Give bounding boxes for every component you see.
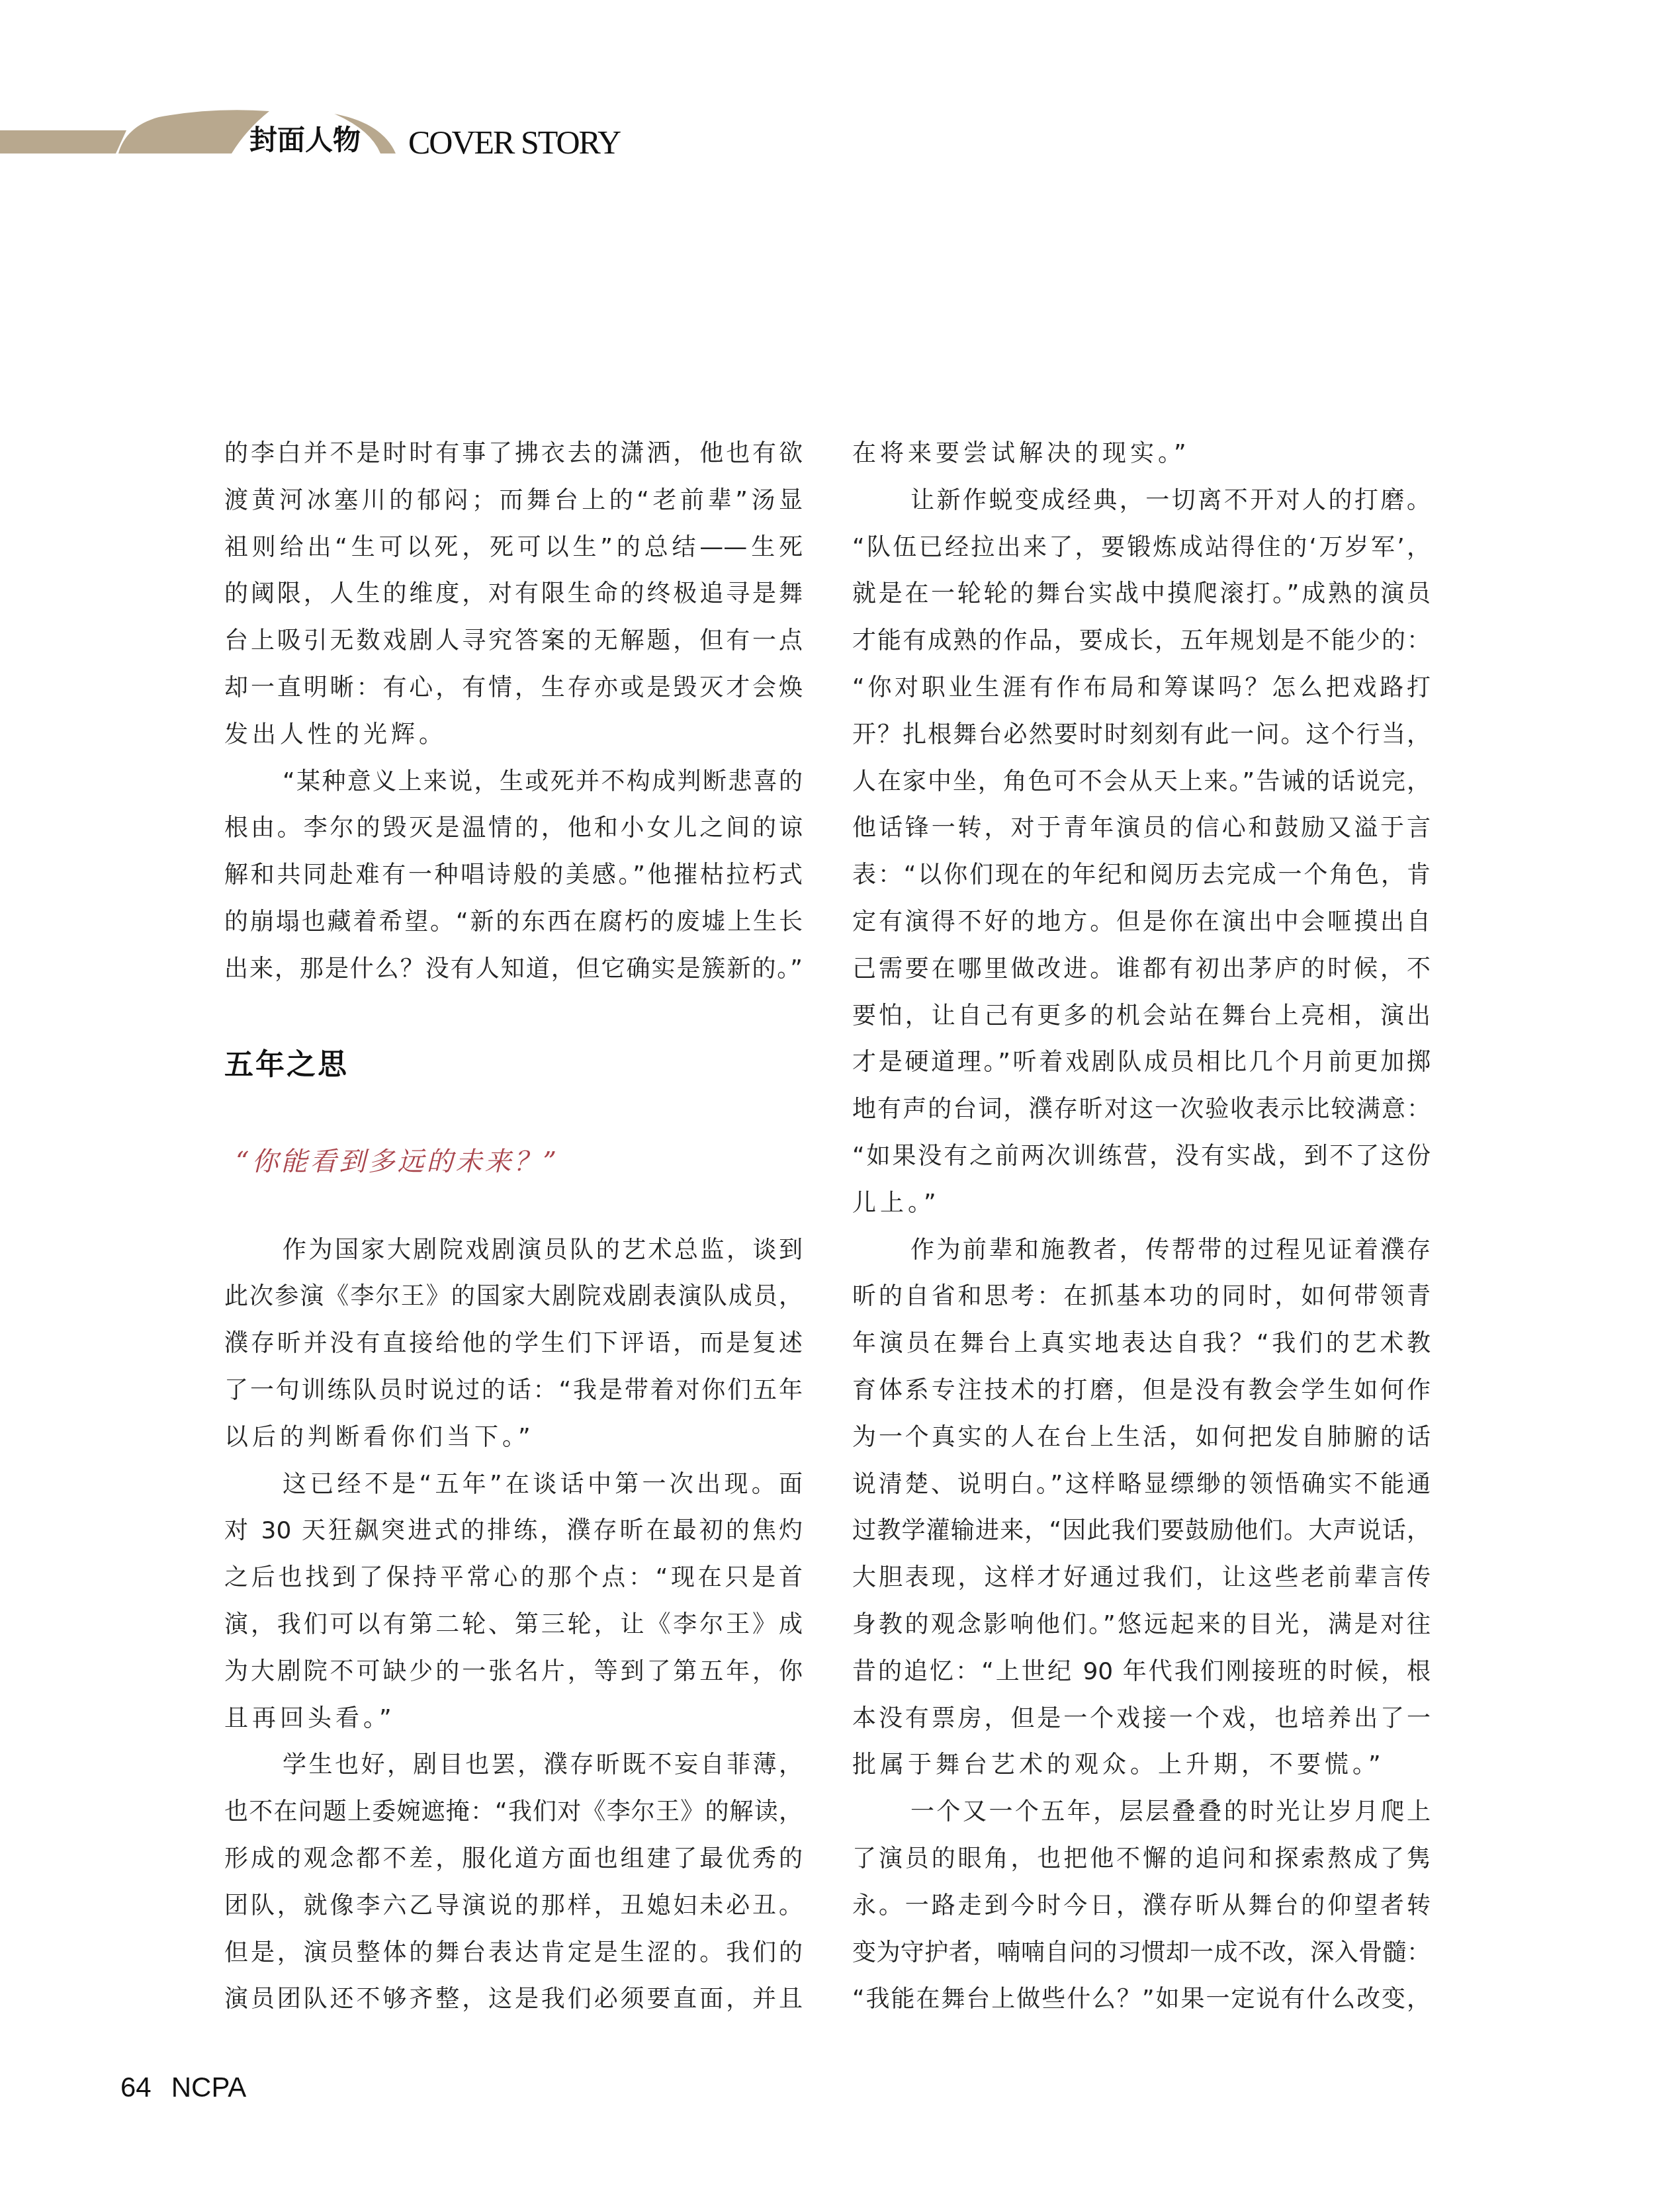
text-line: 这已经不是“五年”在谈话中第一次出现。面 [224,1462,803,1509]
page-number: 64 [120,2072,152,2103]
right-column: 在将来要尝试解决的现实。”让新作蜕变成经典，一切离不开对人的打磨。“队伍已经拉出… [852,431,1431,2023]
text-line: 但是，演员整体的舞台表达肯定是生涩的。我们的 [224,1930,803,1977]
text-line: 作为国家大剧院戏剧演员队的艺术总监，谈到 [224,1227,803,1274]
text-line: 就是在一轮轮的舞台实战中摸爬滚打。”成熟的演员 [852,571,1431,618]
text-line: 要怕，让自己有更多的机会站在舞台上亮相，演出 [852,993,1431,1040]
text-line: 发出人性的光辉。 [224,712,803,759]
left-column-top: 的李白并不是时时有事了拂衣去的潇洒，他也有欲渡黄河冰塞川的郁闷；而舞台上的“老前… [224,431,803,993]
text-line: 演员团队还不够齐整，这是我们必须要直面，并且 [224,1976,803,2023]
text-line: 在将来要尝试解决的现实。” [852,431,1431,478]
header-swoosh-decoration-icon [0,0,463,172]
text-line: 永。一路走到今时今日，濮存昕从舞台的仰望者转 [852,1883,1431,1930]
text-line: 祖则给出“生可以死，死可以生”的总结——生死 [224,525,803,572]
paragraph: 一个又一个五年，层层叠叠的时光让岁月爬上了演员的眼角，也把他不懈的追问和探索熬成… [852,1789,1431,2023]
text-line: 昔的追忆：“上世纪 90 年代我们刚接班的时候，根 [852,1649,1431,1696]
text-line: 了演员的眼角，也把他不懈的追问和探索熬成了隽 [852,1836,1431,1883]
text-line: 了一句训练队员时说过的话：“我是带着对你们五年 [224,1368,803,1415]
text-line: 才是硬道理。”听着戏剧队成员相比几个月前更加掷 [852,1039,1431,1086]
text-line: 之后也找到了保持平常心的那个点：“现在只是首 [224,1555,803,1602]
text-line: 也不在问题上委婉遮掩：“我们对《李尔王》的解读， [224,1789,803,1836]
text-line: 定有演得不好的地方。但是你在演出中会咂摸出自 [852,899,1431,946]
text-line: 本没有票房，但是一个戏接一个戏，也培养出了一 [852,1696,1431,1743]
text-line: 批属于舞台艺术的观众。上升期，不要慌。” [852,1742,1431,1789]
text-line: 且再回头看。” [224,1696,803,1743]
text-line: 为一个真实的人在台上生活，如何把发自肺腑的话 [852,1415,1431,1462]
text-line: 说清楚、说明白。”这样略显缥缈的领悟确实不能通 [852,1462,1431,1509]
text-line: 为大剧院不可缺少的一张名片，等到了第五年，你 [224,1649,803,1696]
page-footer: 64NCPA [120,2074,246,2101]
text-line: 昕的自省和思考：在抓基本功的同时，如何带领青 [852,1274,1431,1321]
paragraph: 在将来要尝试解决的现实。” [852,431,1431,478]
paragraph: 的李白并不是时时有事了拂衣去的潇洒，他也有欲渡黄河冰塞川的郁闷；而舞台上的“老前… [224,431,803,759]
text-line: 让新作蜕变成经典，一切离不开对人的打磨。 [852,478,1431,525]
text-line: 年演员在舞台上真实地表达自我？“我们的艺术教 [852,1321,1431,1368]
text-line: 变为守护者，喃喃自问的习惯却一成不改，深入骨髓： [852,1930,1431,1977]
left-column-bottom: 作为国家大剧院戏剧演员队的艺术总监，谈到此次参演《李尔王》的国家大剧院戏剧表演队… [224,1227,803,2024]
text-line: 开？扎根舞台必然要时时刻刻有此一问。这个行当， [852,712,1431,759]
text-line: 身教的观念影响他们。”悠远起来的目光，满是对往 [852,1602,1431,1649]
paragraph: 学生也好，剧目也罢，濮存昕既不妄自菲薄，也不在问题上委婉遮掩：“我们对《李尔王》… [224,1742,803,2023]
text-line: “某种意义上来说，生或死并不构成判断悲喜的 [224,759,803,806]
text-line: “如果没有之前两次训练营，没有实战，到不了这份 [852,1133,1431,1180]
header-bar [0,130,126,153]
text-line: 育体系专注技术的打磨，但是没有教会学生如何作 [852,1368,1431,1415]
text-line: 团队，就像李六乙导演说的那样，丑媳妇未必丑。 [224,1883,803,1930]
paragraph: 这已经不是“五年”在谈话中第一次出现。面对 30 天狂飙突进式的排练，濮存昕在最… [224,1462,803,1743]
text-line: 此次参演《李尔王》的国家大剧院戏剧表演队成员， [224,1274,803,1321]
header-swoosh-left [118,110,269,153]
text-line: 儿上。” [852,1180,1431,1227]
pull-quote: “你能看到多远的未来？” [236,1148,559,1176]
text-line: 过教学灌输进来，“因此我们要鼓励他们。大声说话， [852,1508,1431,1555]
text-line: 对 30 天狂飙突进式的排练，濮存昕在最初的焦灼 [224,1508,803,1555]
paragraph: 作为前辈和施教者，传帮带的过程见证着濮存昕的自省和思考：在抓基本功的同时，如何带… [852,1227,1431,1790]
paragraph: 作为国家大剧院戏剧演员队的艺术总监，谈到此次参演《李尔王》的国家大剧院戏剧表演队… [224,1227,803,1462]
text-line: 人在家中坐，角色可不会从天上来。”告诫的话说完， [852,759,1431,806]
text-line: 却一直明晰：有心，有情，生存亦或是毁灭才会焕 [224,665,803,712]
text-line: 的崩塌也藏着希望。“新的东西在腐朽的废墟上生长 [224,899,803,946]
paragraph: 让新作蜕变成经典，一切离不开对人的打磨。“队伍已经拉出来了，要锻炼成站得住的‘万… [852,478,1431,1227]
text-line: 以后的判断看你们当下。” [224,1415,803,1462]
text-line: 形成的观念都不差，服化道方面也组建了最优秀的 [224,1836,803,1883]
text-line: 濮存昕并没有直接给他的学生们下评语，而是复述 [224,1321,803,1368]
text-line: 一个又一个五年，层层叠叠的时光让岁月爬上 [852,1789,1431,1836]
text-line: 台上吸引无数戏剧人寻究答案的无解题，但有一点 [224,618,803,665]
text-line: 学生也好，剧目也罢，濮存昕既不妄自菲薄， [224,1742,803,1789]
text-line: 解和共同赴难有一种唱诗般的美感。”他摧枯拉朽式 [224,852,803,899]
section-label-cn: 封面人物 [249,126,361,154]
text-line: 地有声的台词，濮存昕对这一次验收表示比较满意： [852,1086,1431,1133]
paragraph: “某种意义上来说，生或死并不构成判断悲喜的根由。李尔的毁灭是温情的，他和小女儿之… [224,759,803,993]
text-line: 的阈限，人生的维度，对有限生命的终极追寻是舞 [224,571,803,618]
text-line: 根由。李尔的毁灭是温情的，他和小女儿之间的谅 [224,805,803,852]
text-line: 出来，那是什么？没有人知道，但它确实是簇新的。” [224,946,803,993]
text-line: “你对职业生涯有作布局和筹谋吗？怎么把戏路打 [852,665,1431,712]
text-line: 大胆表现，这样才好通过我们，让这些老前辈言传 [852,1555,1431,1602]
section-heading: 五年之思 [224,1051,349,1080]
text-line: 他话锋一转，对于青年演员的信心和鼓励又溢于言 [852,805,1431,852]
text-line: 演，我们可以有第二轮、第三轮，让《李尔王》成 [224,1602,803,1649]
text-line: 表：“以你们现在的年纪和阅历去完成一个角色，肯 [852,852,1431,899]
text-line: 渡黄河冰塞川的郁闷；而舞台上的“老前辈”汤显 [224,478,803,525]
text-line: “队伍已经拉出来了，要锻炼成站得住的‘万岁军’， [852,525,1431,572]
text-line: 己需要在哪里做改进。谁都有初出茅庐的时候，不 [852,946,1431,993]
text-line: 作为前辈和施教者，传帮带的过程见证着濮存 [852,1227,1431,1274]
section-label-en: COVER STORY [408,126,620,159]
text-line: 才能有成熟的作品，要成长，五年规划是不能少的： [852,618,1431,665]
text-line: “我能在舞台上做些什么？”如果一定说有什么改变， [852,1976,1431,2023]
magazine-name: NCPA [171,2072,247,2103]
text-line: 的李白并不是时时有事了拂衣去的潇洒，他也有欲 [224,431,803,478]
